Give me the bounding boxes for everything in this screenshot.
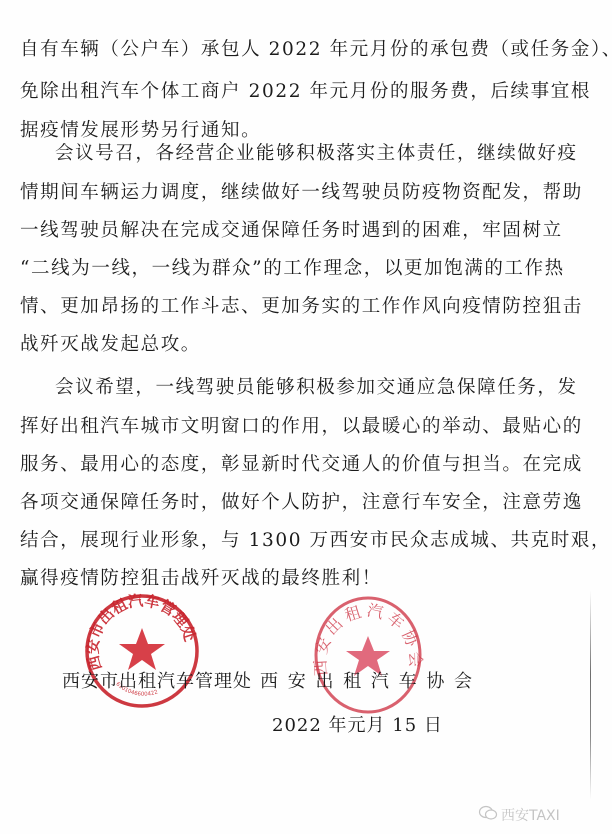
- signature-right-organization: 西 安 出 租 汽 车 协 会: [260, 670, 474, 694]
- paragraph-3-line-2: 挥好出租汽车城市文明窗口的作用，以最暖心的举动、最贴心的: [20, 415, 583, 439]
- paragraph-2-line-1: 会议号召，各经营企业能够积极落实主体责任，继续做好疫: [55, 142, 578, 166]
- paragraph-3-line-6: 赢得疫情防控狙击战歼灭战的最终胜利！: [20, 567, 382, 591]
- watermark-label: 西安TAXI: [501, 805, 560, 825]
- right-official-seal: 西安出租汽车协会: [312, 594, 424, 716]
- paragraph-1-line-2: 免除出租汽车个体工商户 2022 年元月份的服务费，后续事宜根: [20, 80, 591, 104]
- paragraph-2-line-6: 战歼灭战发起总攻。: [20, 333, 201, 357]
- paragraph-2-line-4: “二线为一线，一线为群众”的工作理念，以更加饱满的工作热: [20, 257, 565, 281]
- scan-edge-line: [590, 590, 591, 800]
- wechat-icon: [478, 805, 498, 825]
- paragraph-3-line-5: 结合，展现行业形象，与 1300 万西安市民众志成城、共克时艰，: [20, 529, 611, 553]
- paragraph-2-line-3: 一线驾驶员解决在完成交通保障任务时遇到的困难，牢固树立: [20, 219, 563, 243]
- paragraph-1-line-1: 自有车辆（公户车）承包人 2022 年元月份的承包费（或任务金）、: [20, 38, 612, 62]
- signature-left-organization: 西安市出租汽车管理处: [62, 670, 252, 694]
- paragraph-3-line-4: 各项交通保障任务时，做好个人防护，注意行车安全，注意劳逸: [20, 491, 583, 515]
- document-page: 自有车辆（公户车）承包人 2022 年元月份的承包费（或任务金）、 免除出租汽车…: [0, 0, 612, 834]
- paragraph-1-line-3: 据疫情发展形势另行通知。: [20, 119, 261, 143]
- paragraph-3-line-1: 会议希望，一线驾驶员能够积极参加交通应急保障任务，发: [55, 376, 578, 400]
- wechat-watermark: 西安TAXI: [478, 805, 560, 825]
- paragraph-2-line-2: 情期间车辆运力调度，继续做好一线驾驶员防疫物资配发，帮助: [20, 181, 583, 205]
- paragraph-3-line-3: 服务、最用心的态度，彰显新时代交通人的价值与担当。在完成: [20, 453, 583, 477]
- signature-date: 2022 年元月 15 日: [272, 714, 443, 738]
- star-icon: [119, 628, 165, 670]
- paragraph-2-line-5: 情、更加昂扬的工作斗志、更加务实的工作作风向疫情防控狙击: [20, 295, 583, 319]
- right-seal-graphic: 西安出租汽车协会: [312, 594, 424, 716]
